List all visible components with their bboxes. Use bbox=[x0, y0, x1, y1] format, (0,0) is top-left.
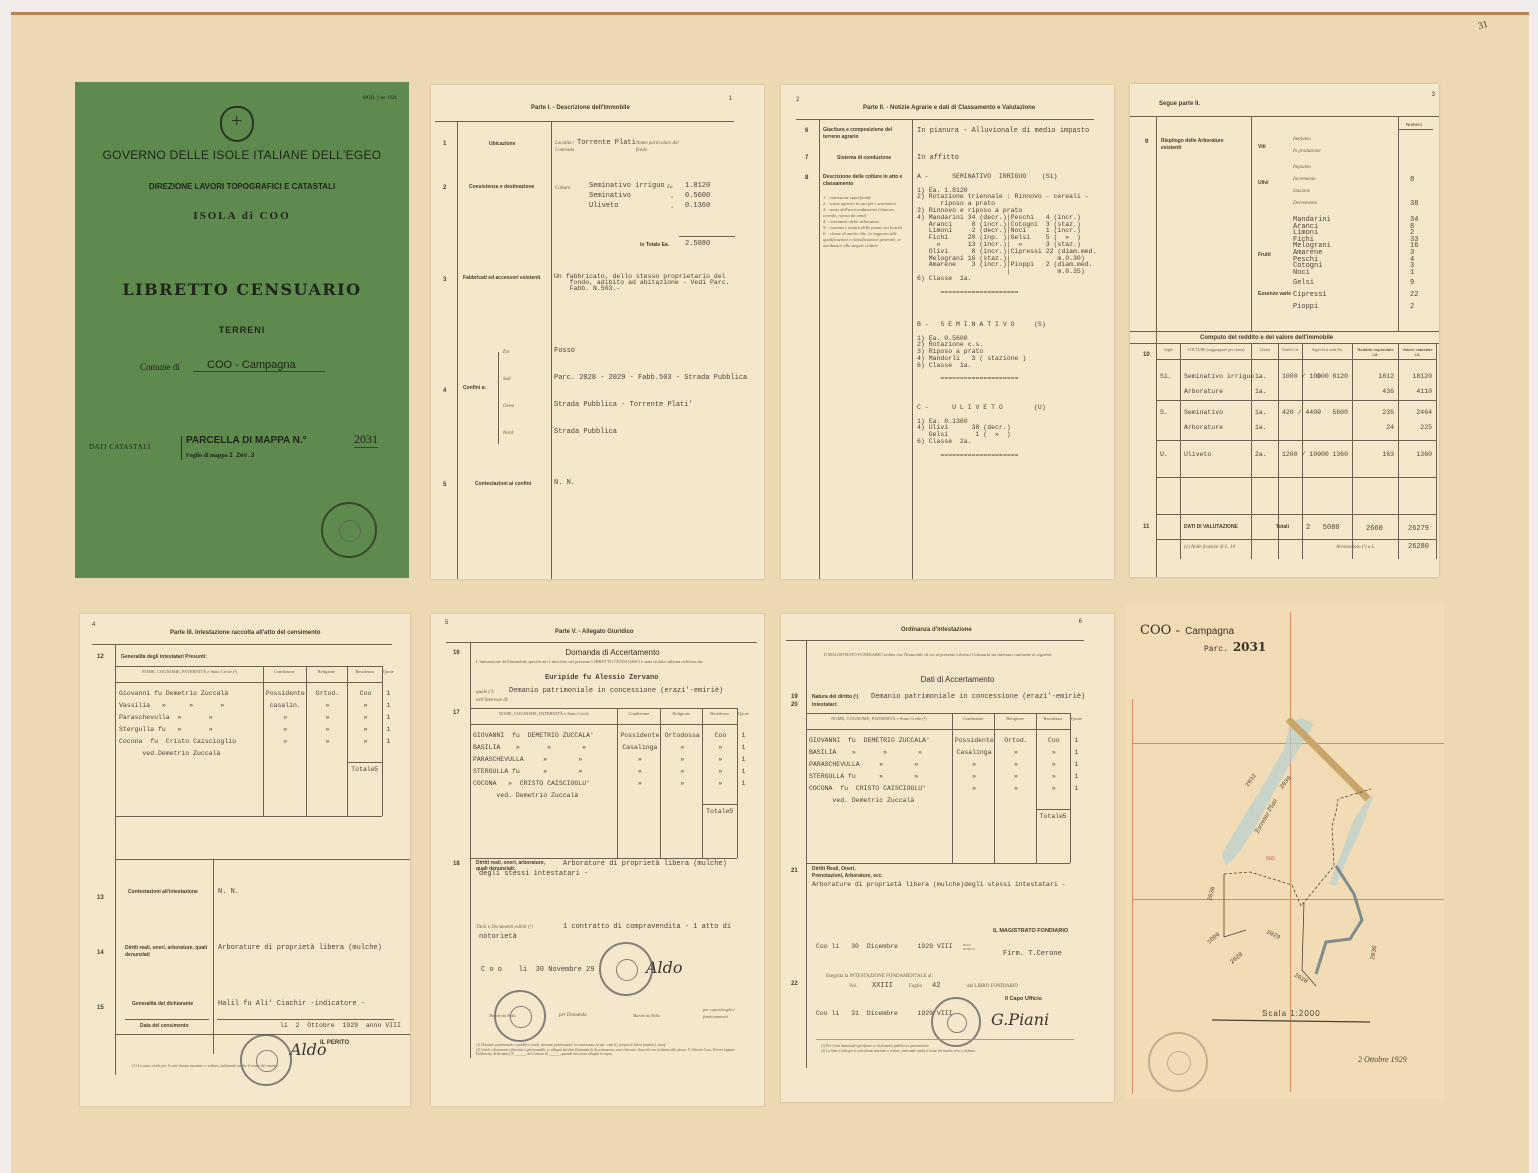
computo-header: Reddito imponibile Lit. bbox=[1354, 347, 1397, 357]
table-cell: 1 bbox=[385, 700, 392, 712]
arbor-item-name: In produzione bbox=[1293, 148, 1321, 155]
row-number: 7 bbox=[805, 155, 808, 161]
table-bottom-rule bbox=[116, 816, 382, 817]
row-label: Diritti reali, oneri, arborature, quali … bbox=[125, 945, 210, 959]
direction-label: Sud bbox=[503, 376, 511, 383]
page-number: 4 bbox=[92, 622, 95, 628]
table-cell: » bbox=[955, 783, 994, 795]
unit: » bbox=[671, 204, 674, 211]
row-number: 4 bbox=[443, 388, 446, 394]
vol-label: Vol. bbox=[849, 983, 857, 990]
table-bottom-rule bbox=[806, 863, 1070, 864]
arbor-group-label: Essenze varie bbox=[1258, 291, 1291, 298]
table-cell: 1 bbox=[740, 742, 747, 754]
official-stamp-icon bbox=[1148, 1032, 1208, 1092]
computo-cell-valore: 4110 bbox=[1402, 388, 1432, 396]
direction-label: Ovest bbox=[503, 403, 514, 410]
localita-label: Località / Contrada bbox=[555, 140, 575, 154]
row-number: 18 bbox=[453, 861, 460, 867]
table-cell: » bbox=[663, 754, 701, 766]
data-censimento-label: Data del censimento bbox=[140, 1023, 189, 1030]
table-cell: 1 bbox=[1073, 783, 1080, 795]
table-header: NOME, COGNOME, PATERNITÀ e Stato Civile bbox=[471, 711, 616, 716]
table-header: Condizione bbox=[618, 711, 659, 716]
row-number: 19 bbox=[791, 694, 798, 700]
table-header: Condizione bbox=[953, 716, 994, 721]
coltura-name: Seminativo irriguo bbox=[589, 182, 665, 190]
computo-cell-sigla: Si. bbox=[1160, 373, 1172, 381]
row-number: 8 bbox=[805, 175, 808, 181]
totale-label: Totale bbox=[706, 808, 729, 816]
libretto-cover: MOD. 1 ter 1926 GOVERNO DELLE ISOLE ITAL… bbox=[75, 82, 409, 578]
column-rule bbox=[347, 666, 348, 816]
arbor-item-name: Stazione bbox=[1293, 188, 1310, 195]
brace-divider bbox=[181, 436, 182, 460]
table-header: Condizione bbox=[264, 669, 305, 674]
arbor-group-label: Viti bbox=[1258, 144, 1266, 151]
row-number: 1 bbox=[443, 141, 446, 147]
computo-cell-sup: - 1360 bbox=[1306, 451, 1348, 459]
row-number: 21 bbox=[791, 868, 798, 874]
footnote: (1) Lo stato civile per le sole donne ma… bbox=[132, 1062, 278, 1069]
table-cell: Cocona fu Cristo Caisciogliù ved.Demetri… bbox=[119, 736, 236, 760]
computo-cell-reddito: 163 bbox=[1356, 451, 1394, 459]
coltura-name: Uliveto bbox=[589, 202, 618, 210]
computo-cell-reddito: 24 bbox=[1356, 424, 1394, 432]
domanda-intro: L'intestazione dell'immobile specificato… bbox=[476, 659, 746, 665]
row-number: 11 bbox=[1143, 524, 1149, 530]
table-cell: 1 bbox=[740, 766, 747, 778]
table-header: Religione bbox=[307, 669, 347, 674]
diritti-value: Arborature di proprietà libera (mulche) … bbox=[479, 859, 727, 879]
arbor-item-value: 22 bbox=[1410, 291, 1418, 299]
diritti-value: Arborature di proprietà libera (mulche) bbox=[218, 944, 382, 952]
table-header: NOME, COGNOME, PATERNITÀ e Stato Civile … bbox=[807, 716, 951, 721]
table-cell: Coo bbox=[1039, 735, 1069, 747]
arbor-item-name: Incremento bbox=[1293, 176, 1316, 183]
totale-value: 5 bbox=[729, 808, 733, 816]
localita-value: Torrente Plati bbox=[577, 139, 636, 147]
official-stamp-icon bbox=[240, 1034, 292, 1086]
capo-ufficio-label: Il Capo Ufficio bbox=[1005, 996, 1042, 1003]
nome-fondo-label: Nome particolare del fondo bbox=[636, 140, 690, 154]
row-number: 6 bbox=[805, 128, 808, 134]
table-cell: » bbox=[309, 724, 347, 736]
map-date: 2 Ottobre 1929 bbox=[1358, 1056, 1407, 1063]
computo-cell-classe: 1a. bbox=[1255, 388, 1267, 396]
confine-value: Strada Pubblica bbox=[554, 428, 617, 436]
svg-text:2032: 2032 bbox=[1244, 772, 1258, 788]
row-number: 13 bbox=[97, 895, 104, 901]
arbor-item-name: Gelsi bbox=[1293, 279, 1314, 287]
column-rule bbox=[1036, 713, 1037, 863]
computo-header: Valore catastale Lit. bbox=[1400, 347, 1435, 357]
unit: Ea. bbox=[667, 184, 674, 191]
accertamento-heading: Dati di Accertamento bbox=[781, 675, 1114, 684]
conduzione-value: In affitto bbox=[917, 154, 959, 162]
table-header-rule bbox=[806, 729, 1070, 730]
row-number: 15 bbox=[97, 1005, 104, 1011]
table-header-rule bbox=[116, 682, 382, 683]
page-1-descrizione: 1 Parte I. - Descrizione dell'Immobile 1… bbox=[431, 85, 764, 579]
table-cell: 1 bbox=[740, 778, 747, 790]
valutazione-label: DATI DI VALUTAZIONE bbox=[1184, 524, 1238, 531]
totale-label: Totale bbox=[1040, 813, 1063, 821]
table-cell: Ortod. bbox=[997, 735, 1034, 747]
computo-cell-valore: 1360 bbox=[1402, 451, 1432, 459]
computo-cell-classe: 2a. bbox=[1255, 451, 1267, 459]
table-cell: PARASCHEVULLA » » bbox=[473, 754, 582, 766]
computo-header: Sigle bbox=[1158, 347, 1179, 352]
table-cell: » bbox=[997, 783, 1034, 795]
totale-rule bbox=[1036, 809, 1070, 810]
arbor-item-name: Noci bbox=[1293, 269, 1310, 277]
capo-signature: G.Piani bbox=[991, 1010, 1049, 1029]
data-ordinanza: Coo li 30 Dicembre 1929 VIII bbox=[816, 943, 953, 951]
row-number: 2 bbox=[443, 185, 446, 191]
official-stamp-icon bbox=[599, 942, 653, 996]
table-cell: Coo bbox=[350, 688, 381, 700]
titoli-value: 1 contratto di compravendita - 1 atto di… bbox=[479, 922, 731, 942]
table-cell: GIOVANNI fù DEMETRIO ZUCCALA' bbox=[809, 735, 930, 747]
totale-rule bbox=[702, 804, 737, 805]
island-title: ISOLA di COO bbox=[75, 210, 409, 222]
table-cell: » bbox=[997, 771, 1034, 783]
table-cell: 1 bbox=[1073, 759, 1080, 771]
natura-value: Demanio patrimoniale in concessione (era… bbox=[871, 693, 1085, 701]
row-number: 14 bbox=[97, 950, 104, 956]
computo-cell-sup: 1 8120 bbox=[1306, 373, 1348, 381]
table-header: Quote bbox=[383, 669, 392, 674]
totale-value: 2.5080 bbox=[685, 240, 710, 248]
computo-cell-coltura: Arborature bbox=[1184, 388, 1223, 396]
page-number: 6 bbox=[1079, 619, 1082, 625]
section-seminativo: B - S E M I N A T I V O (S) 1) Ea. 0.560… bbox=[917, 322, 1046, 383]
row-label: Riepilogo delle Arborature esistenti bbox=[1161, 138, 1245, 152]
page-2-notizie-agrarie: 2 Parte II. - Notizie Agrarie e dati di … bbox=[781, 85, 1114, 579]
column-rule bbox=[1070, 713, 1071, 863]
arbor-item-name: Impianto bbox=[1293, 136, 1311, 143]
svg-text:2029: 2029 bbox=[1265, 928, 1281, 941]
table-cell: » bbox=[663, 766, 701, 778]
arrotondato-value: 26280 bbox=[1408, 543, 1429, 551]
table-cell: Casalinga bbox=[620, 742, 659, 754]
table-cell: BASILIA » » » bbox=[473, 742, 586, 754]
table-header: Residenza bbox=[703, 711, 736, 716]
page-number: 1 bbox=[729, 96, 732, 102]
arbor-item-name: Pioppi bbox=[1293, 303, 1318, 311]
table-cell: Possidente bbox=[955, 735, 994, 747]
computo-cell-valore: 2464 bbox=[1402, 409, 1432, 417]
coltura-value: 1.8120 bbox=[685, 182, 710, 190]
column-rule bbox=[306, 666, 307, 816]
column-rule bbox=[737, 708, 738, 858]
table-cell: Possidente bbox=[620, 730, 659, 742]
page-number: 3 bbox=[1432, 92, 1435, 98]
table-cell: » bbox=[1039, 759, 1069, 771]
footnotes: (1) Demanio patrimoniale o pubblico (mir… bbox=[476, 1043, 751, 1057]
direction-label: Nord bbox=[503, 430, 513, 437]
parcel-drawing: 2039 2032 Torrente Plati 505 2036 2029 2… bbox=[1126, 604, 1444, 1099]
row-number: 3 bbox=[443, 277, 446, 283]
arbor-group-label: Ulivi bbox=[1258, 180, 1269, 187]
table-cell: » bbox=[309, 736, 347, 748]
magistrato-label: IL MAGISTRATO FONDIARIO bbox=[993, 928, 1068, 935]
page-3-riepilogo-computo: 3 Segue parte II. Numero 9 Riepilogo del… bbox=[1130, 84, 1439, 577]
footnotes: (1) Per i beni demaniali specificare se … bbox=[821, 1044, 1091, 1053]
table-cell: » bbox=[350, 724, 381, 736]
dichiarante-value: Halil fu Ali' Ciachir -indicatore - bbox=[218, 1000, 365, 1008]
computo-cell-valore: 18120 bbox=[1402, 373, 1432, 381]
table-cell: » bbox=[350, 700, 381, 712]
table-cell: » bbox=[955, 759, 994, 771]
computo-cell-classe: 1a. bbox=[1255, 424, 1267, 432]
table-cell: 1 bbox=[740, 754, 747, 766]
table-cell: Ortod. bbox=[309, 688, 347, 700]
table-cell: 1 bbox=[740, 730, 747, 742]
marche-label: per sopraluoghi e frazionamenti bbox=[703, 1006, 759, 1020]
table-top-rule bbox=[806, 713, 1070, 714]
section-uliveto: C - U L I V E T O (U) 1) Ea. 0.1360 4) U… bbox=[917, 405, 1046, 459]
computo-cell-classe: 1a. bbox=[1255, 409, 1267, 417]
table-cell: » bbox=[705, 766, 736, 778]
direction-title: DIREZIONE LAVORI TOPOGRAFICI E CATASTALI bbox=[75, 182, 409, 191]
table-cell: » bbox=[309, 700, 347, 712]
quale-value: Demanio patrimoniale in concessione (era… bbox=[509, 687, 723, 695]
table-top-rule bbox=[116, 666, 382, 667]
page-4-intestazione: 4 Parte III. Intestazione raccolta all'a… bbox=[80, 614, 410, 1106]
foglio-label: Foglio di mappa bbox=[186, 453, 228, 459]
row-number: 17 bbox=[453, 710, 460, 716]
page-title: Parte II. - Notizie Agrarie e dati di Cl… bbox=[863, 105, 1035, 111]
numero-header: Numero bbox=[1406, 122, 1422, 127]
computo-cell-sup: - 5600 bbox=[1306, 409, 1348, 417]
table-cell: 1 bbox=[385, 736, 392, 748]
computo-cell-sigla: U. bbox=[1160, 451, 1168, 459]
vol-value: XXIII bbox=[872, 982, 893, 990]
table-cell: Casalinga bbox=[955, 747, 994, 759]
table-cell: 1 bbox=[385, 688, 392, 700]
column-rule bbox=[617, 708, 618, 858]
valore-total: 26279 bbox=[1408, 525, 1429, 533]
table-cell: » bbox=[663, 778, 701, 790]
table-cell: » bbox=[705, 742, 736, 754]
table-cell: » bbox=[1039, 771, 1069, 783]
quale-label: quale (¹): bbox=[476, 689, 495, 696]
model-number: MOD. 1 ter 1926 bbox=[363, 96, 397, 101]
foglio-label: Foglio bbox=[909, 983, 922, 990]
table-cell: » bbox=[350, 712, 381, 724]
row-number: 20 bbox=[791, 702, 798, 708]
totale-value: 5 bbox=[374, 766, 378, 774]
confine-value: Strada Pubblica - Torrente Plati' bbox=[554, 401, 693, 409]
unit: » bbox=[671, 194, 674, 201]
table-cell: Vassilia » » » bbox=[119, 700, 224, 712]
totali-label: Totali bbox=[1276, 524, 1289, 531]
direction-label: Est bbox=[503, 349, 509, 356]
dati-catastali-label: DATI CATASTALI bbox=[89, 443, 151, 451]
table-cell: 1 bbox=[385, 724, 392, 736]
computo-cell-reddito: 1812 bbox=[1356, 373, 1394, 381]
table-cell: » bbox=[620, 778, 659, 790]
arbor-item-value: 8 bbox=[1410, 176, 1414, 184]
marche-label: per Domanda bbox=[559, 1012, 587, 1019]
parcella-number: 2031 bbox=[354, 432, 378, 448]
legend-list: 1. - estensione superficiale 2. - turno … bbox=[823, 195, 909, 249]
perito-signature: Aldo bbox=[290, 1040, 327, 1059]
page-title: Ordinanza d'intestazione bbox=[901, 627, 972, 633]
row-label: Natura del diritto (¹) bbox=[812, 694, 858, 701]
domanda-heading: Domanda di Accertamento bbox=[431, 648, 764, 657]
table-header: Residenza bbox=[1037, 716, 1069, 721]
arbor-item-name: Decremento bbox=[1293, 200, 1317, 207]
totale-label: in Totale Ea. bbox=[640, 242, 669, 249]
table-cell: Possidente bbox=[266, 688, 305, 700]
row-label: Consistenza e destinazione bbox=[469, 184, 534, 191]
svg-text:1000: 1000 bbox=[1206, 931, 1222, 946]
table-cell: Giovanni fu Demetrio Zuccalà bbox=[119, 688, 228, 700]
table-cell: casalin. bbox=[266, 700, 305, 712]
table-header: Religione bbox=[661, 711, 701, 716]
svg-text:505: 505 bbox=[1266, 856, 1275, 862]
table-cell: 1 bbox=[1073, 735, 1080, 747]
arbor-item-value: 1 bbox=[1410, 269, 1414, 277]
table-header: NOME, COGNOME, PATERNITÀ e Stato Civile … bbox=[117, 669, 262, 674]
coat-of-arms-icon bbox=[220, 106, 254, 142]
confine-value: Parc. 2028 - 2029 - Fabb.503 - Strada Pu… bbox=[554, 374, 747, 382]
computo-header: Classe bbox=[1253, 347, 1277, 352]
column-rule bbox=[952, 713, 953, 863]
row-label: Contestazioni all'intestazione bbox=[128, 889, 198, 896]
computo-cell-coltura: Arborature bbox=[1184, 424, 1223, 432]
arbor-item-value: 2 bbox=[1410, 303, 1414, 311]
sup-total: 2 5080 bbox=[1306, 524, 1340, 532]
row-label: Confini a: bbox=[463, 385, 486, 392]
table-cell: » bbox=[997, 759, 1034, 771]
table-cell: Stergulla fu » » bbox=[119, 724, 213, 736]
table-cell: GIOVANNI fu DEMETRIO ZUCCALA' bbox=[473, 730, 594, 742]
page-title: Parte I. - Descrizione dell'Immobile bbox=[531, 105, 630, 111]
colture-label: Colture: bbox=[555, 185, 572, 192]
table-header: Religione bbox=[995, 716, 1034, 721]
totale-value: 5 bbox=[1062, 813, 1066, 821]
table-cell: » bbox=[620, 766, 659, 778]
foglio-value: I Zev.3 bbox=[229, 452, 254, 459]
table-header: Quote bbox=[738, 711, 747, 716]
reddito-total: 2660 bbox=[1366, 525, 1383, 533]
row-label: Intestatari: bbox=[812, 702, 838, 709]
luogo-data: C o o li 30 Novembre 29 bbox=[481, 966, 594, 974]
legend-item: 3. - anno dell'avvicendamento (rinnovo, … bbox=[823, 207, 909, 219]
computo-cell-sigla: S. bbox=[1160, 409, 1168, 417]
fabbricati-value: Un fabbricato, dello stesso proprietario… bbox=[554, 274, 730, 292]
table-cell: » bbox=[266, 724, 305, 736]
footnote: (2) I titoli e documenti riferentisi a p… bbox=[476, 1048, 751, 1057]
table-cell: » bbox=[350, 736, 381, 748]
marche-label: Marche da Bollo bbox=[633, 1012, 660, 1019]
table-cell: » bbox=[997, 747, 1034, 759]
contestazioni-value: N. N. bbox=[554, 479, 575, 487]
note: (1) Nelle frazioni di L. 10 bbox=[1184, 544, 1235, 551]
page-number: 5 bbox=[445, 620, 448, 626]
table-cell: STERGULLA fu » » bbox=[473, 766, 582, 778]
foglio-mappa: Foglio di mappa I Zev.3 bbox=[186, 452, 254, 459]
ordinanza-intro: Il MAGISTRATO FONDIARIO ordina che l'Imm… bbox=[824, 648, 1089, 662]
row-number: 5 bbox=[443, 482, 446, 488]
totale-label: Totale bbox=[351, 766, 374, 774]
row-label: Giacitura e composizione del terreno agr… bbox=[823, 127, 909, 141]
svg-text:2028: 2028 bbox=[1293, 972, 1309, 985]
computo-cell-coltura: Seminativo irriguo bbox=[1184, 373, 1254, 381]
table-header-rule bbox=[470, 724, 737, 725]
page-number: 2 bbox=[796, 97, 799, 103]
table-cell: 1 bbox=[1073, 747, 1080, 759]
confine-value: Fosso bbox=[554, 347, 575, 355]
table-cell: » bbox=[620, 754, 659, 766]
row-label: Sistema di conduzione bbox=[837, 155, 891, 162]
table-cell: Ortodossa bbox=[663, 730, 701, 742]
table-cell: BASILIA » » » bbox=[809, 747, 922, 759]
contestazioni-value: N. N. bbox=[218, 888, 239, 896]
table-cell: » bbox=[266, 736, 305, 748]
row-label: Fabbricati ed accessori esistenti bbox=[463, 275, 540, 282]
arrotondato-label: Arrotondato (¹) a L. bbox=[1336, 544, 1376, 551]
table-cell: » bbox=[1039, 747, 1069, 759]
table-cell: » bbox=[705, 754, 736, 766]
row-number: 9 bbox=[1145, 139, 1148, 145]
table-cell: » bbox=[1039, 783, 1069, 795]
table-header: Residenza bbox=[348, 669, 381, 674]
table-top-rule bbox=[470, 708, 737, 709]
page-6-ordinanza: 6 Ordinanza d'intestazione Il MAGISTRATO… bbox=[781, 614, 1114, 1102]
computo-title: Computo del reddito e del valore dell'im… bbox=[1200, 335, 1333, 341]
column-rule bbox=[702, 708, 703, 858]
row-label: Descrizione delle colture in atto e clas… bbox=[823, 174, 909, 188]
table-cell: STERGULLA fu » » bbox=[809, 771, 918, 783]
totale-rule bbox=[347, 762, 382, 763]
cadastral-map: COO - Campagna Parc. 2031 2039 2032 Torr… bbox=[1126, 604, 1444, 1099]
map-scale: Scala 1:2000 bbox=[1262, 1010, 1321, 1018]
computo-cell-coltura: Seminativo bbox=[1184, 409, 1223, 417]
table-cell: » bbox=[266, 712, 305, 724]
svg-text:2030: 2030 bbox=[1369, 945, 1378, 961]
legend-item: 6. - classe di merito che, in rapporto a… bbox=[823, 231, 909, 249]
data-censimento-value: li 2 Ottobre 1929 anno VIII bbox=[280, 1022, 401, 1030]
computo-cell-classe: 1a. bbox=[1255, 373, 1267, 381]
arbor-item-name: Cipressi bbox=[1293, 291, 1327, 299]
row-label: Generalità degli intestatari Presunti: bbox=[121, 654, 207, 661]
column-rule bbox=[660, 708, 661, 858]
firma-magistrato: Firm. T.Cerone bbox=[1003, 950, 1062, 958]
diritti-value: Arborature di proprietà libera (mulche)d… bbox=[812, 881, 1066, 889]
page-title: Segue parte II. bbox=[1159, 101, 1200, 107]
comune-label: Comune di bbox=[140, 362, 180, 372]
svg-text:2028: 2028 bbox=[1229, 951, 1245, 966]
column-rule bbox=[382, 666, 383, 816]
coltura-value: 0.5600 bbox=[685, 192, 710, 200]
row-label: Ubicazione bbox=[489, 141, 515, 148]
bollo-label: Bollo d'Ufficio bbox=[963, 943, 983, 951]
table-cell: COCONA fu CRISTO CAISCIOGLU' ved. Demetr… bbox=[809, 783, 926, 807]
document-title: LIBRETTO CENSUARIO bbox=[75, 280, 409, 299]
parcella-label: PARCELLA DI MAPPA N.° bbox=[186, 435, 307, 446]
row-label: Diritti Reali, Oneri, Prenotazioni, Arbo… bbox=[812, 866, 887, 880]
arbor-item-name: Impianto bbox=[1293, 164, 1311, 171]
table-cell: PARASCHEVULLA » » bbox=[809, 759, 918, 771]
arbor-group-label: Frutti bbox=[1258, 252, 1271, 259]
table-cell: Coo bbox=[705, 730, 736, 742]
libro-label: del LIBRO FONDIARIO bbox=[967, 983, 1018, 990]
